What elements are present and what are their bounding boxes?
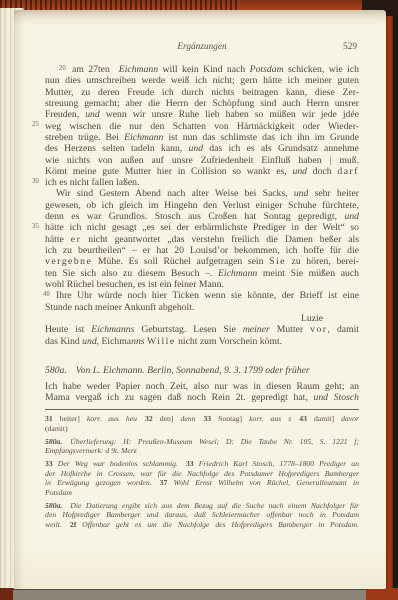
text-segment: 33 xyxy=(203,414,211,423)
text-segment: Luzie xyxy=(301,313,323,324)
text-segment: Heute ist xyxy=(45,324,91,335)
line-number: 35 xyxy=(32,224,39,231)
text-line: des Herzens selten tadeln kann, und das … xyxy=(45,143,359,154)
text-line: 20am 27tenEichmann will kein Kind nach P… xyxy=(45,64,359,75)
text-line: Potsdam xyxy=(45,488,359,498)
text-line: ten Sie sich also zu diesem Besuch –. Ei… xyxy=(45,268,359,279)
text-line: streben trüge. Bei Eichmann ist nun das … xyxy=(45,132,359,143)
text-segment: Der Weg war bodenlos schlammig. xyxy=(53,459,178,468)
text-segment: der Hofkirche in Crossen, war für die Na… xyxy=(45,469,359,478)
text-segment: korr. aus s xyxy=(249,414,291,423)
line-number: 20 xyxy=(32,66,66,73)
text-segment: den] xyxy=(153,414,181,423)
text-segment: weilt. xyxy=(45,520,62,529)
text-segment: Geburtstag. Lesen Sie xyxy=(134,324,242,335)
text-segment: wie nichts von außen auf unsre Zufrieden… xyxy=(45,155,359,166)
book-page: Ergänzungen 529 20am 27tenEichmann will … xyxy=(14,10,386,589)
text-segment: weg wischen die nur den Schatten von Här… xyxy=(45,121,359,132)
text-segment: und xyxy=(82,336,97,347)
text-segment: zu hören, berei- xyxy=(286,256,359,267)
text-line: Mutter, zu deren Freude ich durch nichts… xyxy=(45,87,359,98)
text-segment: denn xyxy=(180,414,195,423)
footnote-paragraph: 580a.Überlieferung: H: Preußen-Museum We… xyxy=(45,437,359,456)
text-segment: meint Sie müßen auch xyxy=(257,268,359,279)
text-segment: Sie xyxy=(269,256,286,267)
text-segment: nicht geantwortet „das verstehn freilich… xyxy=(81,234,359,245)
text-segment: Kömt meine gute Mutter hier in Collision… xyxy=(45,166,292,177)
text-segment: (damit) xyxy=(45,424,68,433)
text-segment: Eichmann xyxy=(119,64,158,75)
text-segment: sehr heiter xyxy=(308,188,359,199)
text-segment: Friedrich Karl Stosch, 1778–1800 Predige… xyxy=(194,459,359,468)
text-segment: , Eichma xyxy=(97,336,131,347)
text-line: 40Ihre Uhr würde noch hier Ticken wenn s… xyxy=(45,290,359,301)
text-segment: des Herzens selten tadeln kann, xyxy=(45,143,189,154)
text-line: nun dies umschreiben werde weiß ich nich… xyxy=(45,75,359,86)
text-line: 35hätte ich nicht gesagt „es sei der erb… xyxy=(45,222,359,233)
text-line: ich zu beurtheilen“ – er hat 20 Louisd’o… xyxy=(45,245,359,256)
letter-prev-body: 20am 27tenEichmann will kein Kind nach P… xyxy=(45,64,359,347)
letter-580a-body: Ich habe weder Papier noch Zeit, also nu… xyxy=(45,381,359,404)
text-segment: Von L. Eichmann. Berlin, Sonnabend, 9. 3… xyxy=(76,365,310,376)
text-segment: er xyxy=(71,234,82,245)
text-segment: nns xyxy=(131,336,144,347)
text-segment: am 27ten xyxy=(72,64,110,75)
text-segment: und xyxy=(294,188,309,199)
text-segment: Offenbar geht es um die Nachfolge des Ho… xyxy=(76,520,359,529)
text-segment: und xyxy=(85,109,100,120)
text-segment: damit] xyxy=(307,414,341,423)
text-line: 580a.Überlieferung: H: Preußen-Museum We… xyxy=(45,437,359,447)
text-segment: Ich habe weder Papier noch Zeit, also nu… xyxy=(45,381,359,392)
text-segment: Mutter, zu deren Freude ich durch nichts… xyxy=(45,87,359,98)
text-segment: das Kind xyxy=(45,336,82,347)
text-segment: 32 xyxy=(145,414,153,423)
text-segment: Potsdam xyxy=(250,64,284,75)
footnote-paragraph: 580a.Die Datierung ergibt sich aus dem B… xyxy=(45,501,359,530)
text-segment: den Hofprediger Bamberger und daraus, da… xyxy=(45,510,359,519)
text-segment: wohl Rüchel besuchen, es ist ein feiner … xyxy=(45,279,224,290)
text-line: Mama vergaß ich zu sagen daß noch Rein 2… xyxy=(45,392,359,403)
text-segment: Mühe. Es soll Rüchel aufgetragen sein xyxy=(92,256,269,267)
text-segment: korr. aus heu xyxy=(87,414,137,423)
text-segment: Eichmann xyxy=(124,132,163,143)
text-segment: hätte ich nicht gesagt „es sei der erbär… xyxy=(45,222,359,233)
text-segment: heiter] xyxy=(53,414,87,423)
text-segment: vergebne xyxy=(45,256,92,267)
text-line: Ich habe weder Papier noch Zeit, also nu… xyxy=(45,381,359,392)
text-line: Luzie xyxy=(45,313,359,324)
text-segment: Ihre Uhr würde noch hier Ticken wenn sie… xyxy=(56,290,359,301)
text-line: wohl Rüchel besuchen, es ist ein feiner … xyxy=(45,279,359,290)
text-line: 30ich es nicht fallen laßen. xyxy=(45,177,359,188)
text-line: denn es war Grundlos. Stosch aus Croßen … xyxy=(45,211,359,222)
text-segment: streuung gemacht; aber die Herrn der Sch… xyxy=(45,98,359,109)
text-segment: und xyxy=(344,211,359,222)
text-line: den Hofprediger Bamberger und daraus, da… xyxy=(45,510,359,520)
line-number: 30 xyxy=(32,179,39,186)
text-segment: nun dies umschreiben werde weiß ich nich… xyxy=(45,75,359,86)
text-segment: Stunde nach meiner Ankunft abgeholt. xyxy=(45,302,194,313)
text-segment: streben trüge. Bei xyxy=(45,132,124,143)
text-line: das Kind und, Eichmanns Wille nicht zum … xyxy=(45,336,359,347)
text-segment: denn es war Grundlos. Stosch aus Croßen … xyxy=(45,211,344,222)
text-line: 580a.Die Datierung ergibt sich aus dem B… xyxy=(45,501,359,511)
footnote-rule xyxy=(45,409,359,410)
text-segment: Sontag] xyxy=(211,414,249,423)
text-line: 33 Der Weg war bodenlos schlammig.33 Fri… xyxy=(45,459,359,469)
text-segment: ten Sie sich also zu diesem Besuch –. xyxy=(45,268,218,279)
text-line: hätte er nicht geantwortet „das verstehn… xyxy=(45,234,359,245)
text-segment: will kein Kind nach xyxy=(158,64,250,75)
text-segment: und xyxy=(292,166,307,177)
text-segment: in Erwägung gezogen worden. xyxy=(45,478,152,487)
text-segment: ich zu beurtheilen“ – er hat 20 Louisd’o… xyxy=(45,245,359,256)
text-line: Empfangsvermerk: d 9t. Merz xyxy=(45,446,359,456)
text-segment: Eichmanns xyxy=(91,324,134,335)
running-head: Ergänzungen 529 xyxy=(45,42,359,52)
text-segment: schicken, wie ich xyxy=(284,64,359,75)
text-segment: 31 xyxy=(45,414,53,423)
text-segment: 33 xyxy=(186,459,194,468)
text-line: streuung gemacht; aber die Herrn der Sch… xyxy=(45,98,359,109)
text-segment: das ich es als Grundsatz annehme xyxy=(203,143,359,154)
text-segment: hätte xyxy=(45,234,71,245)
headband-stitching xyxy=(0,0,240,10)
text-segment: Mutter xyxy=(270,324,310,335)
cover-corner-left xyxy=(0,588,13,600)
table-surface xyxy=(0,588,398,600)
text-segment: Mama vergaß ich zu sagen daß noch Rein 2… xyxy=(45,392,313,403)
text-segment: gewesen, ob ich gleich im Hingehn den Ve… xyxy=(45,200,359,211)
text-segment: Die Datierung ergibt sich aus dem Bezug … xyxy=(70,501,359,510)
text-segment: Überlieferung: H: Preußen-Museum Wesel; … xyxy=(70,437,359,446)
text-segment: Potsdam xyxy=(45,488,72,497)
text-line: Wir sind Gestern Abend nach alter Weise … xyxy=(45,188,359,199)
text-segment: 43 xyxy=(299,414,307,423)
text-segment: Wir sind Gestern Abend nach alter Weise … xyxy=(56,188,294,199)
page-number: 529 xyxy=(343,42,357,52)
text-segment: 33 xyxy=(45,459,53,468)
text-line: weilt.2f Offenbar geht es um die Nachfol… xyxy=(45,520,359,530)
text-segment: Freuden, xyxy=(45,109,85,120)
text-column: 20am 27tenEichmann will kein Kind nach P… xyxy=(45,64,359,529)
text-line: (damit) xyxy=(45,424,359,434)
footnote-section: 31 heiter] korr. aus heu32 den] denn33 S… xyxy=(45,414,359,529)
running-head-title: Ergänzungen xyxy=(177,42,226,52)
text-segment: Wille xyxy=(147,336,176,347)
text-segment: 580a. xyxy=(45,501,62,510)
text-segment: nicht zum Vorschein kömt. xyxy=(176,336,282,347)
text-line: Heute ist Eichmanns Geburtstag. Lesen Si… xyxy=(45,324,359,335)
text-segment: und Stosch xyxy=(313,392,359,403)
text-segment: doch xyxy=(307,166,337,177)
text-line: in Erwägung gezogen worden.37 Wohl Ernst… xyxy=(45,478,359,488)
text-line: Kömt meine gute Mutter hier in Collision… xyxy=(45,166,359,177)
text-segment: ist nun das schlimste das ich ihn im Gru… xyxy=(163,132,359,143)
text-line: 580a.Von L. Eichmann. Berlin, Sonnabend,… xyxy=(45,364,359,377)
footnote-paragraph: 33 Der Weg war bodenlos schlammig.33 Fri… xyxy=(45,459,359,497)
letter-580a-heading: 580a.Von L. Eichmann. Berlin, Sonnabend,… xyxy=(45,364,359,377)
cover-corner-right xyxy=(366,588,398,600)
text-line: Freuden, und wenn wir unsre Ruhe lieb ha… xyxy=(45,109,359,120)
text-line: 31 heiter] korr. aus heu32 den] denn33 S… xyxy=(45,414,359,424)
text-line: vergebne Mühe. Es soll Rüchel aufgetrage… xyxy=(45,256,359,267)
text-segment: darf xyxy=(337,166,359,177)
text-segment: , damit xyxy=(328,324,360,335)
footnote-paragraph: 31 heiter] korr. aus heu32 den] denn33 S… xyxy=(45,414,359,433)
text-segment: 580a. xyxy=(45,437,62,446)
text-line: gewesen, ob ich gleich im Hingehn den Ve… xyxy=(45,200,359,211)
text-line: wie nichts von außen auf unsre Zufrieden… xyxy=(45,155,359,166)
text-segment: und xyxy=(189,143,204,154)
text-segment: ich es nicht fallen laßen. xyxy=(45,177,139,188)
text-segment: wenn wir unsre Ruhe lieb haben so müßen … xyxy=(100,109,359,120)
text-segment: Eichmann xyxy=(218,268,257,279)
text-segment: vor xyxy=(310,324,327,335)
book-headband xyxy=(0,0,398,10)
text-line: der Hofkirche in Crossen, war für die Na… xyxy=(45,469,359,479)
line-number: 40 xyxy=(32,292,50,299)
text-segment: davor xyxy=(341,414,359,423)
text-segment: 580a. xyxy=(45,365,67,376)
book-cover-edge xyxy=(386,16,393,592)
text-line: 25weg wischen die nur den Schatten von H… xyxy=(45,121,359,132)
text-segment: meiner xyxy=(243,324,270,335)
text-segment: Wohl Ernst Wilhelm von Rüchel, Generalle… xyxy=(167,478,359,487)
text-line: Stunde nach meiner Ankunft abgeholt. xyxy=(45,302,359,313)
text-segment: Empfangsvermerk: d 9t. Merz xyxy=(45,446,137,455)
line-number: 25 xyxy=(32,122,39,129)
